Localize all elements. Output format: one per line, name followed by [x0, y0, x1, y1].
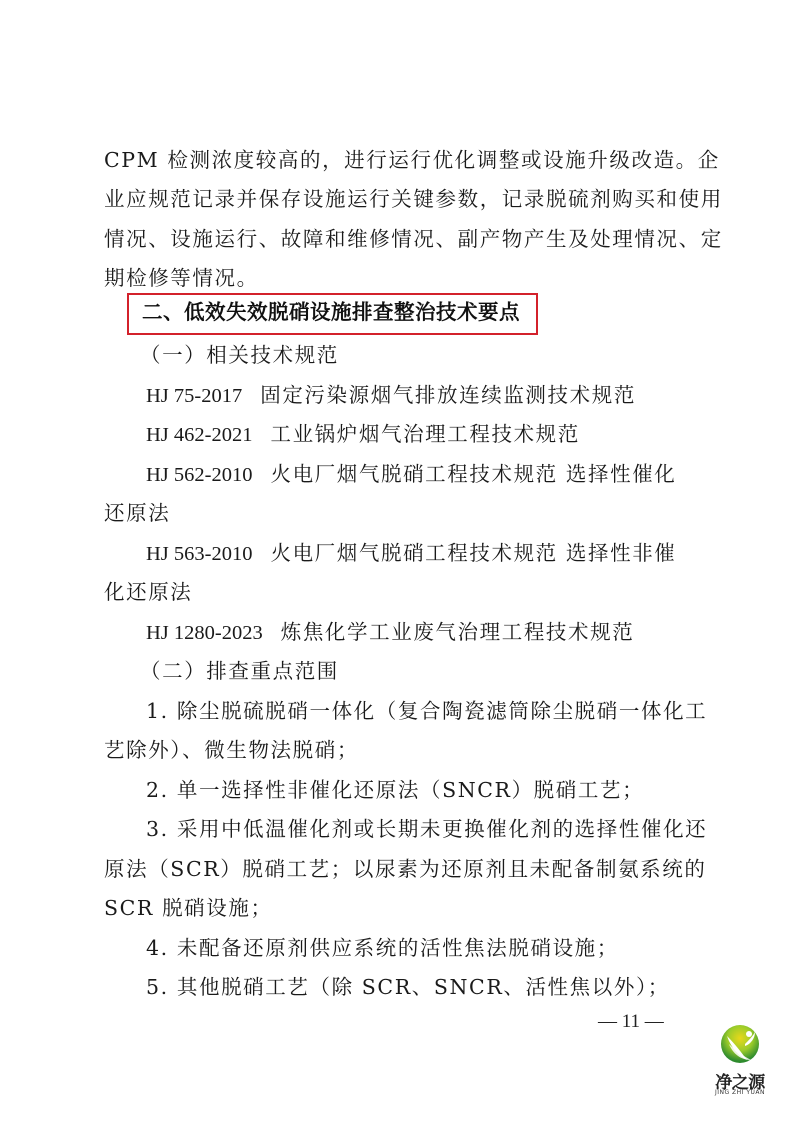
standard-item: HJ 563-2010火电厂烟气脱硝工程技术规范 选择性非催: [146, 539, 676, 568]
standard-item: HJ 562-2010火电厂烟气脱硝工程技术规范 选择性催化: [146, 460, 676, 489]
standard-code: HJ 1280-2023: [146, 619, 263, 647]
watermark-subtitle: JING ZHI YUAN: [705, 1089, 775, 1096]
standard-title: 炼焦化学工业废气治理工程技术规范: [281, 620, 635, 644]
section-heading: 二、低效失效脱硝设施排查整治技术要点: [142, 298, 520, 326]
list-item: 3. 采用中低温催化剂或长期未更换催化剂的选择性催化还: [146, 815, 707, 843]
standard-wrap: 化还原法: [104, 578, 192, 606]
leaf-sprout-icon: [705, 1022, 775, 1068]
watermark-logo: 净之源 JING ZHI YUAN: [705, 1022, 775, 1102]
standard-code: HJ 562-2010: [146, 461, 252, 489]
standard-wrap: 还原法: [104, 499, 170, 527]
standard-title: 工业锅炉烟气治理工程技术规范: [270, 422, 579, 446]
subsection-title: （二）排查重点范围: [140, 657, 339, 685]
list-item: 2. 单一选择性非催化还原法（SNCR）脱硝工艺；: [146, 776, 644, 804]
subsection-title: （一）相关技术规范: [140, 341, 339, 369]
page-number: — 11 —: [598, 1011, 664, 1033]
list-item: 5. 其他脱硝工艺（除 SCR、SNCR、活性焦以外）；: [146, 973, 670, 1001]
standard-code: HJ 563-2010: [146, 540, 252, 568]
list-item: 4. 未配备还原剂供应系统的活性焦法脱硝设施；: [146, 934, 619, 962]
paragraph-line: 业应规范记录并保存设施运行关键参数，记录脱硫剂购买和使用: [104, 185, 723, 213]
standard-code: HJ 75-2017: [146, 382, 242, 410]
standard-item: HJ 75-2017固定污染源烟气排放连续监测技术规范: [146, 381, 636, 410]
paragraph-line: 情况、设施运行、故障和维修情况、副产物产生及处理情况、定: [104, 225, 723, 253]
standard-item: HJ 462-2021工业锅炉烟气治理工程技术规范: [146, 420, 580, 449]
paragraph-line: CPM 检测浓度较高的，进行运行优化调整或设施升级改造。企: [104, 146, 720, 174]
standard-title: 火电厂烟气脱硝工程技术规范 选择性非催: [270, 541, 676, 565]
list-item-wrap: SCR 脱硝设施；: [104, 894, 273, 922]
list-item-wrap: 原法（SCR）脱硝工艺；以尿素为还原剂且未配备制氨系统的: [104, 855, 706, 883]
paragraph-line: 期检修等情况。: [104, 264, 259, 292]
standard-code: HJ 462-2021: [146, 421, 252, 449]
list-item: 1. 除尘脱硫脱硝一体化（复合陶瓷滤筒除尘脱硝一体化工: [146, 697, 707, 725]
standard-title: 固定污染源烟气排放连续监测技术规范: [260, 383, 636, 407]
list-item-wrap: 艺除外）、微生物法脱硝；: [104, 736, 359, 764]
standard-item: HJ 1280-2023炼焦化学工业废气治理工程技术规范: [146, 618, 634, 647]
standard-title: 火电厂烟气脱硝工程技术规范 选择性催化: [270, 462, 676, 486]
